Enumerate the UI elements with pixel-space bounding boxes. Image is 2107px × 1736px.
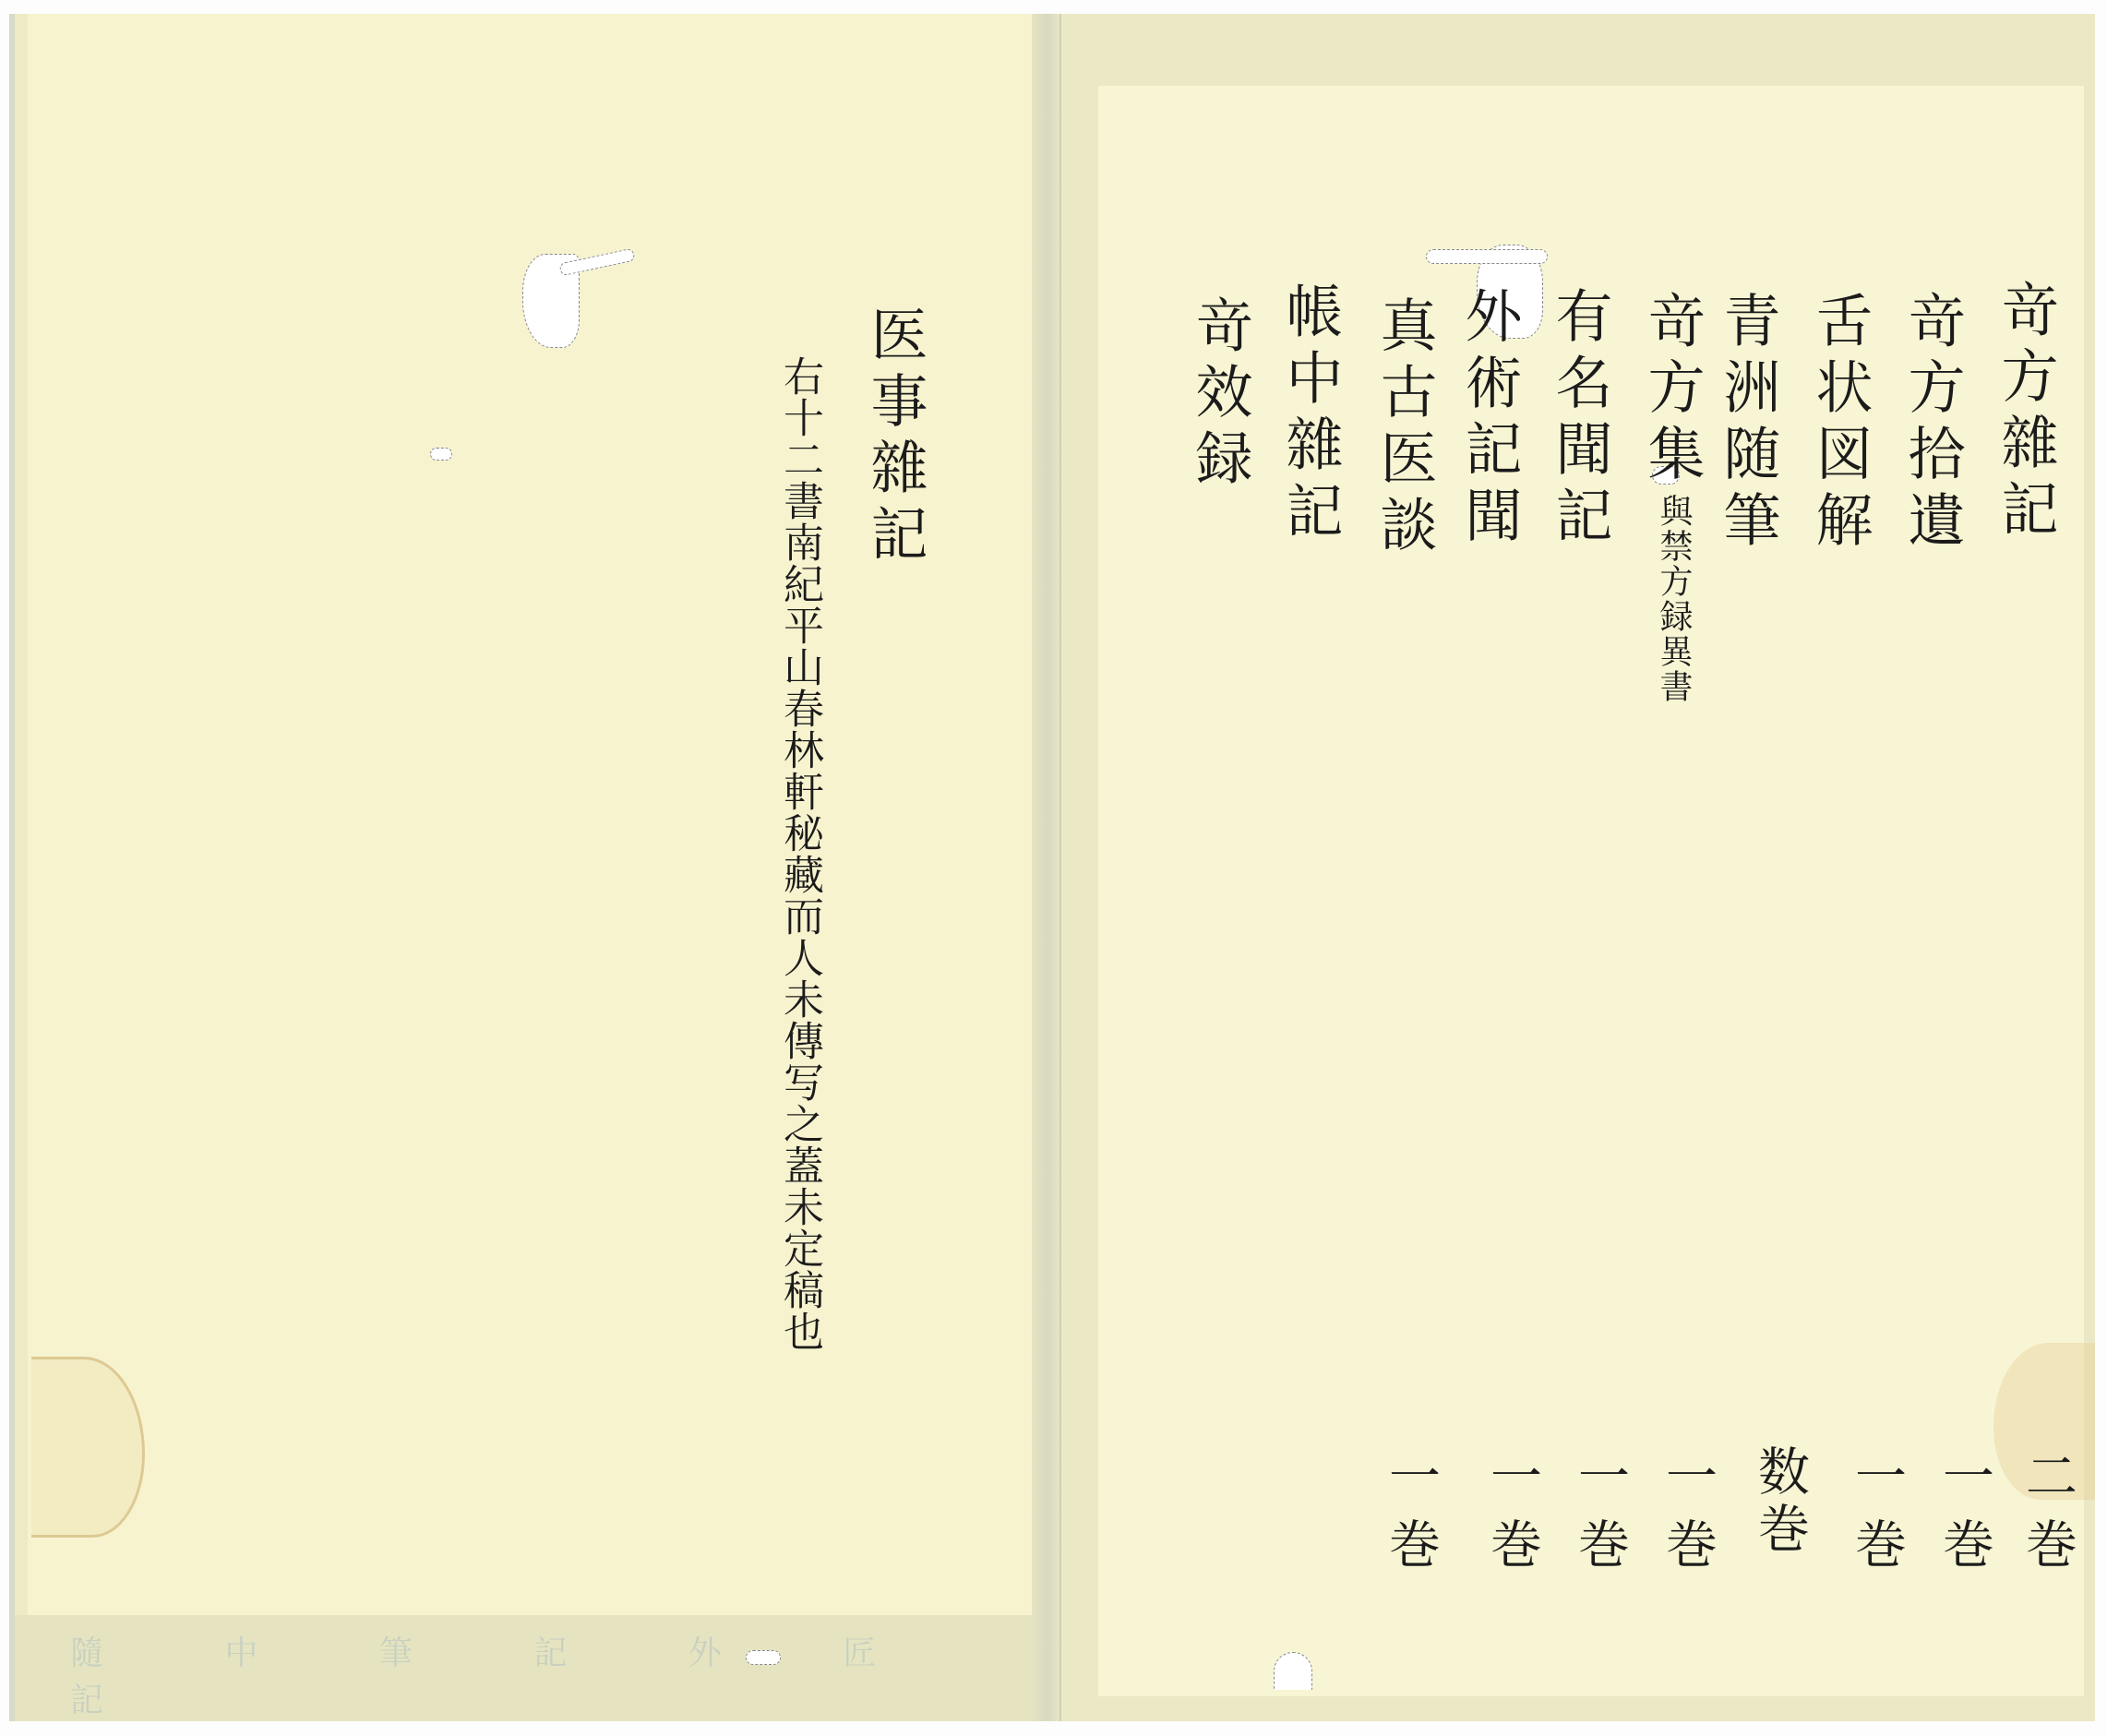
bleed-through-text: 隨 中 筆 記 外 匠 記 <box>70 1627 1037 1721</box>
volume-count: 数巻 <box>1754 1444 1805 1559</box>
entry-annotation: 與禁方録異書 <box>1657 494 1690 704</box>
entry-title: 真古医談 <box>1375 295 1432 561</box>
entry-title: 竒方拾遺 <box>1903 291 1960 557</box>
volume-count: 二巻 <box>2021 1449 2073 1586</box>
right-page: 竒方雜記 竒方拾遺 舌状図解 青洲随筆 竒方集 與禁方録異書 有名聞記 外術記聞… <box>1061 14 2095 1721</box>
entry-title: 青洲随筆 <box>1718 291 1776 557</box>
entry-title: 竒方雜記 <box>1996 280 2053 545</box>
wormhole-damage <box>430 448 452 461</box>
book-spread: 隨 中 筆 記 外 匠 記 医事雜記 右十二書南紀平山春林軒秘藏而人未傳写之蓋未… <box>0 0 2107 1736</box>
volume-count: 一巻 <box>1384 1449 1436 1586</box>
wormhole-damage <box>746 1650 781 1665</box>
volume-count: 一巻 <box>1574 1449 1625 1586</box>
entry-title: 帳中雜記 <box>1281 281 1338 547</box>
volume-count: 一巻 <box>1661 1449 1713 1586</box>
entry-title: 有名聞記 <box>1550 286 1608 552</box>
entry-title: 外術記聞 <box>1460 286 1517 552</box>
left-title: 医事雜記 <box>866 305 923 570</box>
entry-title: 竒效録 <box>1191 295 1248 495</box>
entry-title: 舌状図解 <box>1811 291 1868 557</box>
volume-count: 一巻 <box>1486 1449 1538 1586</box>
left-note: 右十二書南紀平山春林軒秘藏而人未傳写之蓋未定稿也 <box>779 355 820 1352</box>
volume-count: 一巻 <box>1938 1449 1990 1586</box>
left-page: 隨 中 筆 記 外 匠 記 医事雜記 右十二書南紀平山春林軒秘藏而人未傳写之蓋未… <box>9 14 1037 1721</box>
wormhole-damage <box>1426 249 1548 264</box>
wormhole-damage <box>1274 1652 1312 1690</box>
left-page-paper <box>28 14 1036 1615</box>
entry-title: 竒方集 <box>1643 291 1700 490</box>
book-spine <box>1032 14 1063 1721</box>
volume-count: 一巻 <box>1850 1449 1902 1586</box>
